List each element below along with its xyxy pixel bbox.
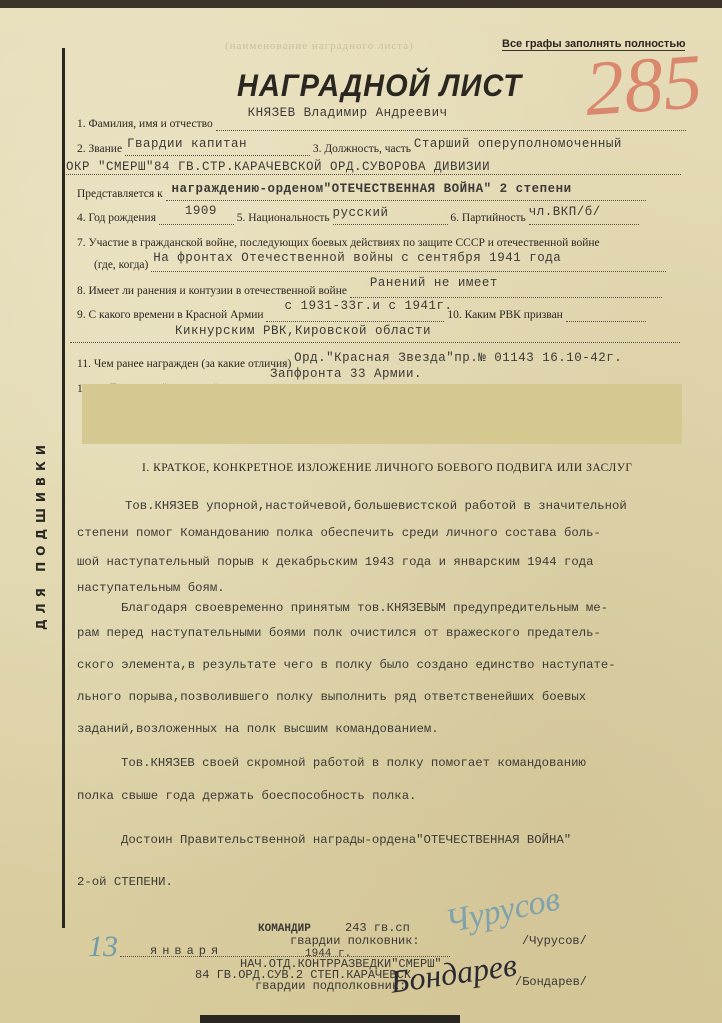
field-label: 1. Фамилия, имя и отчество bbox=[77, 118, 213, 130]
field-birth-nationality-party: 4. Год рождения 1909 5. Национальность р… bbox=[77, 212, 639, 225]
page-bottom-strip bbox=[200, 1015, 460, 1023]
draft-office-value: Кикнурским РВК,Кировской области bbox=[175, 324, 431, 338]
full-name-value: КНЯЗЕВ Владимир Андреевич bbox=[248, 106, 448, 120]
field-label: (где, когда) bbox=[94, 259, 148, 271]
merit-line: ского элемента,в результате чего в полку… bbox=[77, 649, 702, 681]
chief-rank: гвардии подполковник: bbox=[255, 979, 406, 993]
merit-line: заданий,возложенных на полк высшим коман… bbox=[77, 713, 702, 745]
date-day-handwritten: 13 bbox=[88, 930, 118, 964]
field-label: 8. Имеет ли ранения и контузии в отечест… bbox=[77, 285, 347, 297]
redacted-address-block bbox=[82, 384, 682, 444]
position-unit-value: ОКР "СМЕРШ"84 ГВ.СТР.КАРАЧЕВСКОЙ ОРД.СУВ… bbox=[66, 160, 490, 174]
field-label: 6. Партийность bbox=[450, 212, 525, 224]
merit-line: рам перед наступательными боями полк очи… bbox=[77, 617, 702, 649]
merit-line: Тов.КНЯЗЕВ своей скромной работой в полк… bbox=[77, 745, 702, 781]
faded-header: (наименование наградного листа) bbox=[225, 40, 414, 52]
field-position-continued: ОКР "СМЕРШ"84 ГВ.СТР.КАРАЧЕВСКОЙ ОРД.СУВ… bbox=[66, 162, 681, 175]
merit-line: наступательным боям. bbox=[77, 577, 702, 599]
war-participation-value: На фронтах Отечественной войны с сентябр… bbox=[153, 251, 561, 265]
section-heading: I. КРАТКОЕ, КОНКРЕТНОЕ ИЗЛОЖЕНИЕ ЛИЧНОГО… bbox=[142, 462, 633, 474]
merit-line: льного порыва,позволившего полку выполни… bbox=[77, 681, 702, 713]
party-value: чл.ВКП/б/ bbox=[529, 205, 601, 219]
birth-year-value: 1909 bbox=[185, 204, 217, 218]
merit-line: Достоин Правительственной награды-ордена… bbox=[77, 811, 702, 869]
army-service-value: с 1931-33г.и с 1941г. bbox=[284, 299, 452, 313]
wounds-value: Ранений не имеет bbox=[370, 276, 498, 290]
field-label: 5. Национальность bbox=[237, 212, 330, 224]
rank-value: Гвардии капитан bbox=[127, 137, 247, 151]
field-war-participation-where: (где, когда) На фронтах Отечественной во… bbox=[94, 259, 666, 272]
field-full-name: 1. Фамилия, имя и отчество КНЯЗЕВ Владим… bbox=[77, 118, 686, 131]
field-draft-office: Кикнурским РВК,Кировской области bbox=[70, 330, 680, 343]
field-label: 11. Чем ранее награжден (за какие отличи… bbox=[77, 358, 291, 370]
nationality-value: русский bbox=[333, 206, 389, 220]
merit-line: Благодаря своевременно принятым тов.КНЯЗ… bbox=[77, 599, 702, 617]
position-value: Старший оперуполномоченный bbox=[414, 137, 622, 151]
merit-line: шой наступательный порыв к декабрьским 1… bbox=[77, 548, 702, 577]
merit-description: Тов.КНЯЗЕВ упорной,настойчевой,большевис… bbox=[77, 494, 702, 895]
field-label: Представляется к bbox=[77, 188, 163, 200]
previous-awards-continued-value: Запфронта 33 Армии. bbox=[270, 367, 422, 381]
commander-rank: гвардии полковник: bbox=[290, 934, 420, 948]
field-label: 4. Год рождения bbox=[77, 212, 156, 224]
field-label: 2. Звание bbox=[77, 143, 122, 155]
field-army-service: 9. С какого времени в Красной Армии с 19… bbox=[77, 309, 646, 322]
merit-line: 2-ой СТЕПЕНИ. bbox=[77, 869, 702, 895]
field-war-participation: 7. Участие в гражданской войне, последую… bbox=[77, 237, 600, 249]
chief-name: /Бондарев/ bbox=[515, 975, 587, 989]
field-previous-awards-continued: Запфронта 33 Армии. bbox=[270, 367, 422, 381]
merit-line: степени помог Командованию полка обеспеч… bbox=[77, 519, 702, 548]
document-title: НАГРАДНОЙ ЛИСТ bbox=[237, 68, 522, 104]
field-label: 10. Каким РВК призван bbox=[447, 309, 563, 321]
merit-line: Тов.КНЯЗЕВ упорной,настойчевой,большевис… bbox=[77, 494, 702, 519]
commander-unit: 243 гв.сп bbox=[345, 921, 410, 935]
field-rank-position: 2. Звание Гвардии капитан 3. Должность, … bbox=[77, 142, 622, 156]
merit-line: полка свыше года держать боеспособность … bbox=[77, 781, 702, 811]
binding-margin-line bbox=[62, 48, 65, 928]
field-label: 7. Участие в гражданской войне, последую… bbox=[77, 237, 600, 249]
field-label: 3. Должность, часть bbox=[313, 143, 411, 155]
page-top-edge bbox=[0, 0, 722, 8]
previous-awards-value: Орд."Красная Звезда"пр.№ 01143 16.10-42г… bbox=[294, 351, 622, 365]
sewing-margin-label: ДЛЯ ПОДШИВКИ bbox=[34, 420, 54, 650]
field-nominated-for: Представляется к награждению-орденом"ОТЕ… bbox=[77, 188, 646, 201]
field-wounds: 8. Имеет ли ранения и контузии в отечест… bbox=[77, 285, 662, 298]
commander-name: /Чурусов/ bbox=[522, 934, 587, 948]
nominated-award-value: награждению-орденом"ОТЕЧЕСТВЕННАЯ ВОЙНА"… bbox=[172, 182, 572, 196]
field-label: 9. С какого времени в Красной Армии bbox=[77, 309, 264, 321]
